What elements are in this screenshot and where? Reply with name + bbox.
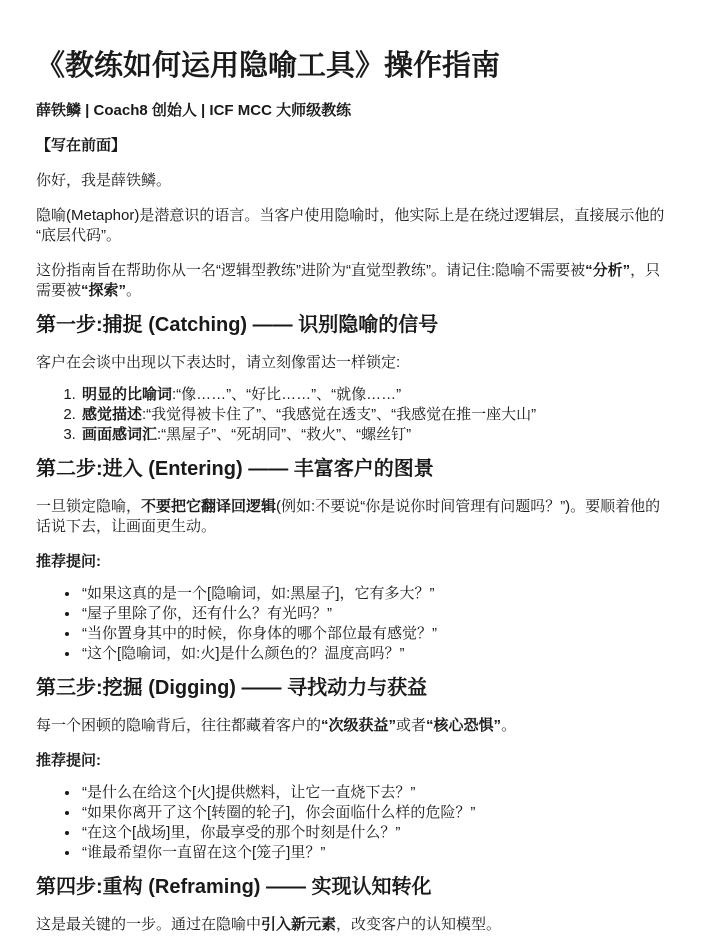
prompt-label: 推荐提问: (36, 552, 669, 572)
list-item: “在这个[战场]里，你最享受的那个时刻是什么？” (80, 823, 669, 843)
step-1-section: 第一步:捕捉 (Catching) —— 识别隐喻的信号 客户在会谈中出现以下表… (36, 313, 669, 445)
step-1-heading: 第一步:捕捉 (Catching) —— 识别隐喻的信号 (36, 313, 669, 338)
step-2-section: 第二步:进入 (Entering) —— 丰富客户的图景 一旦锁定隐喻，不要把它… (36, 457, 669, 664)
list-item: “如果你离开了这个[转圈的轮子]，你会面临什么样的危险？” (80, 803, 669, 823)
list-item: “屋子里除了你，还有什么？有光吗？” (80, 604, 669, 624)
document-page: 《教练如何运用隐喻工具》操作指南 薛铁鳞 | Coach8 创始人 | ICF … (0, 0, 704, 942)
list-item: “是什么在给这个[火]提供燃料，让它一直烧下去？” (80, 783, 669, 803)
preface-paragraph-3: 这份指南旨在帮助你从一名“逻辑型教练”进阶为“直觉型教练”。请记住:隐喻不需要被… (36, 261, 669, 301)
preface-paragraph-1: 你好，我是薛铁鳞。 (36, 171, 669, 191)
list-item: “这个[隐喻词，如:火]是什么颜色的？温度高吗？” (80, 644, 669, 664)
list-item: “当你置身其中的时候，你身体的哪个部位最有感觉？” (80, 624, 669, 644)
step-2-paragraph: 一旦锁定隐喻，不要把它翻译回逻辑(例如:不要说“你是说你时间管理有问题吗？”)。… (36, 497, 669, 537)
list-item: “如果这真的是一个[隐喻词，如:黑屋子]，它有多大？” (80, 584, 669, 604)
list-item: 明显的比喻词:“像……”、“好比……”、“就像……” (80, 385, 669, 405)
digging-question-list: “是什么在给这个[火]提供燃料，让它一直烧下去？” “如果你离开了这个[转圈的轮… (36, 783, 669, 863)
preface-heading: 【写在前面】 (36, 136, 669, 156)
catching-signal-list: 明显的比喻词:“像……”、“好比……”、“就像……” 感觉描述:“我觉得被卡住了… (36, 385, 669, 445)
step-1-intro: 客户在会谈中出现以下表达时，请立刻像雷达一样锁定: (36, 353, 669, 373)
author-byline: 薛铁鳞 | Coach8 创始人 | ICF MCC 大师级教练 (36, 101, 669, 121)
step-4-section: 第四步:重构 (Reframing) —— 实现认知转化 这是最关键的一步。通过… (36, 875, 669, 935)
list-item: “谁最希望你一直留在这个[笼子]里？” (80, 843, 669, 863)
step-3-paragraph: 每一个困顿的隐喻背后，往往都藏着客户的“次级获益”或者“核心恐惧”。 (36, 716, 669, 736)
list-item: 感觉描述:“我觉得被卡住了”、“我感觉在透支”、“我感觉在推一座大山” (80, 405, 669, 425)
prompt-label: 推荐提问: (36, 751, 669, 771)
step-4-paragraph: 这是最关键的一步。通过在隐喻中引入新元素，改变客户的认知模型。 (36, 915, 669, 935)
list-item: 画面感词汇:“黑屋子”、“死胡同”、“救火”、“螺丝钉” (80, 425, 669, 445)
step-3-section: 第三步:挖掘 (Digging) —— 寻找动力与获益 每一个困顿的隐喻背后，往… (36, 676, 669, 863)
step-4-heading: 第四步:重构 (Reframing) —— 实现认知转化 (36, 875, 669, 900)
step-3-heading: 第三步:挖掘 (Digging) —— 寻找动力与获益 (36, 676, 669, 701)
preface-paragraph-2: 隐喻(Metaphor)是潜意识的语言。当客户使用隐喻时，他实际上是在绕过逻辑层… (36, 206, 669, 246)
entering-question-list: “如果这真的是一个[隐喻词，如:黑屋子]，它有多大？” “屋子里除了你，还有什么… (36, 584, 669, 664)
step-2-heading: 第二步:进入 (Entering) —— 丰富客户的图景 (36, 457, 669, 482)
page-title: 《教练如何运用隐喻工具》操作指南 (36, 47, 669, 86)
